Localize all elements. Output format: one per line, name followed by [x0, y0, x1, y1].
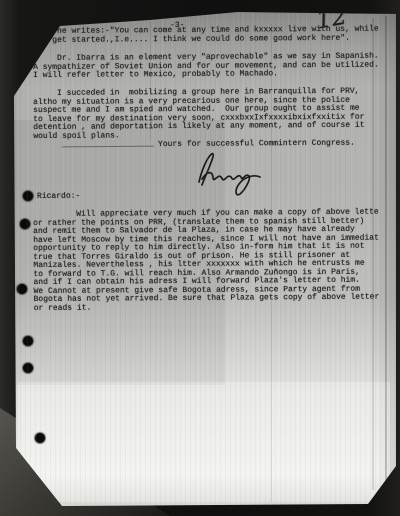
crease-line: [385, 16, 387, 498]
scan-background: -3- 12 Also he writes:-"You can come at …: [0, 0, 400, 516]
letter1-paragraph-1: Also he writes:-"You can come at any tim…: [33, 25, 379, 46]
hole-punch-dot: [23, 191, 33, 201]
typed-line: "we get started.,I.e.... I think we coul…: [33, 34, 379, 46]
recipient-line: Ricardo:-: [37, 193, 80, 202]
signature-scrawl: [190, 146, 268, 201]
letter1-paragraph-3: I succeded in mobilizing a group here in…: [33, 88, 365, 142]
hole-punch-dot: [35, 433, 45, 443]
pencil-mark: [27, 45, 43, 55]
typed-line: I will refer letter to Mexico, probably …: [33, 70, 379, 81]
typed-line: or reads it.: [34, 303, 380, 314]
hole-punch-dot: [23, 363, 33, 373]
paper: -3- 12 Also he writes:-"You can come at …: [0, 0, 400, 516]
letter2-paragraph: Will appreciate very much if you can mak…: [33, 209, 379, 314]
shade-patch-bottom: [18, 382, 390, 502]
letter1-paragraph-2: Dr. Ibarra is an element very "aprovecha…: [33, 53, 379, 81]
hole-punch-dot: [23, 336, 33, 346]
underline-mark: [62, 146, 154, 148]
hole-punch-dot: [20, 219, 30, 229]
hole-punch-dot: [17, 284, 27, 294]
